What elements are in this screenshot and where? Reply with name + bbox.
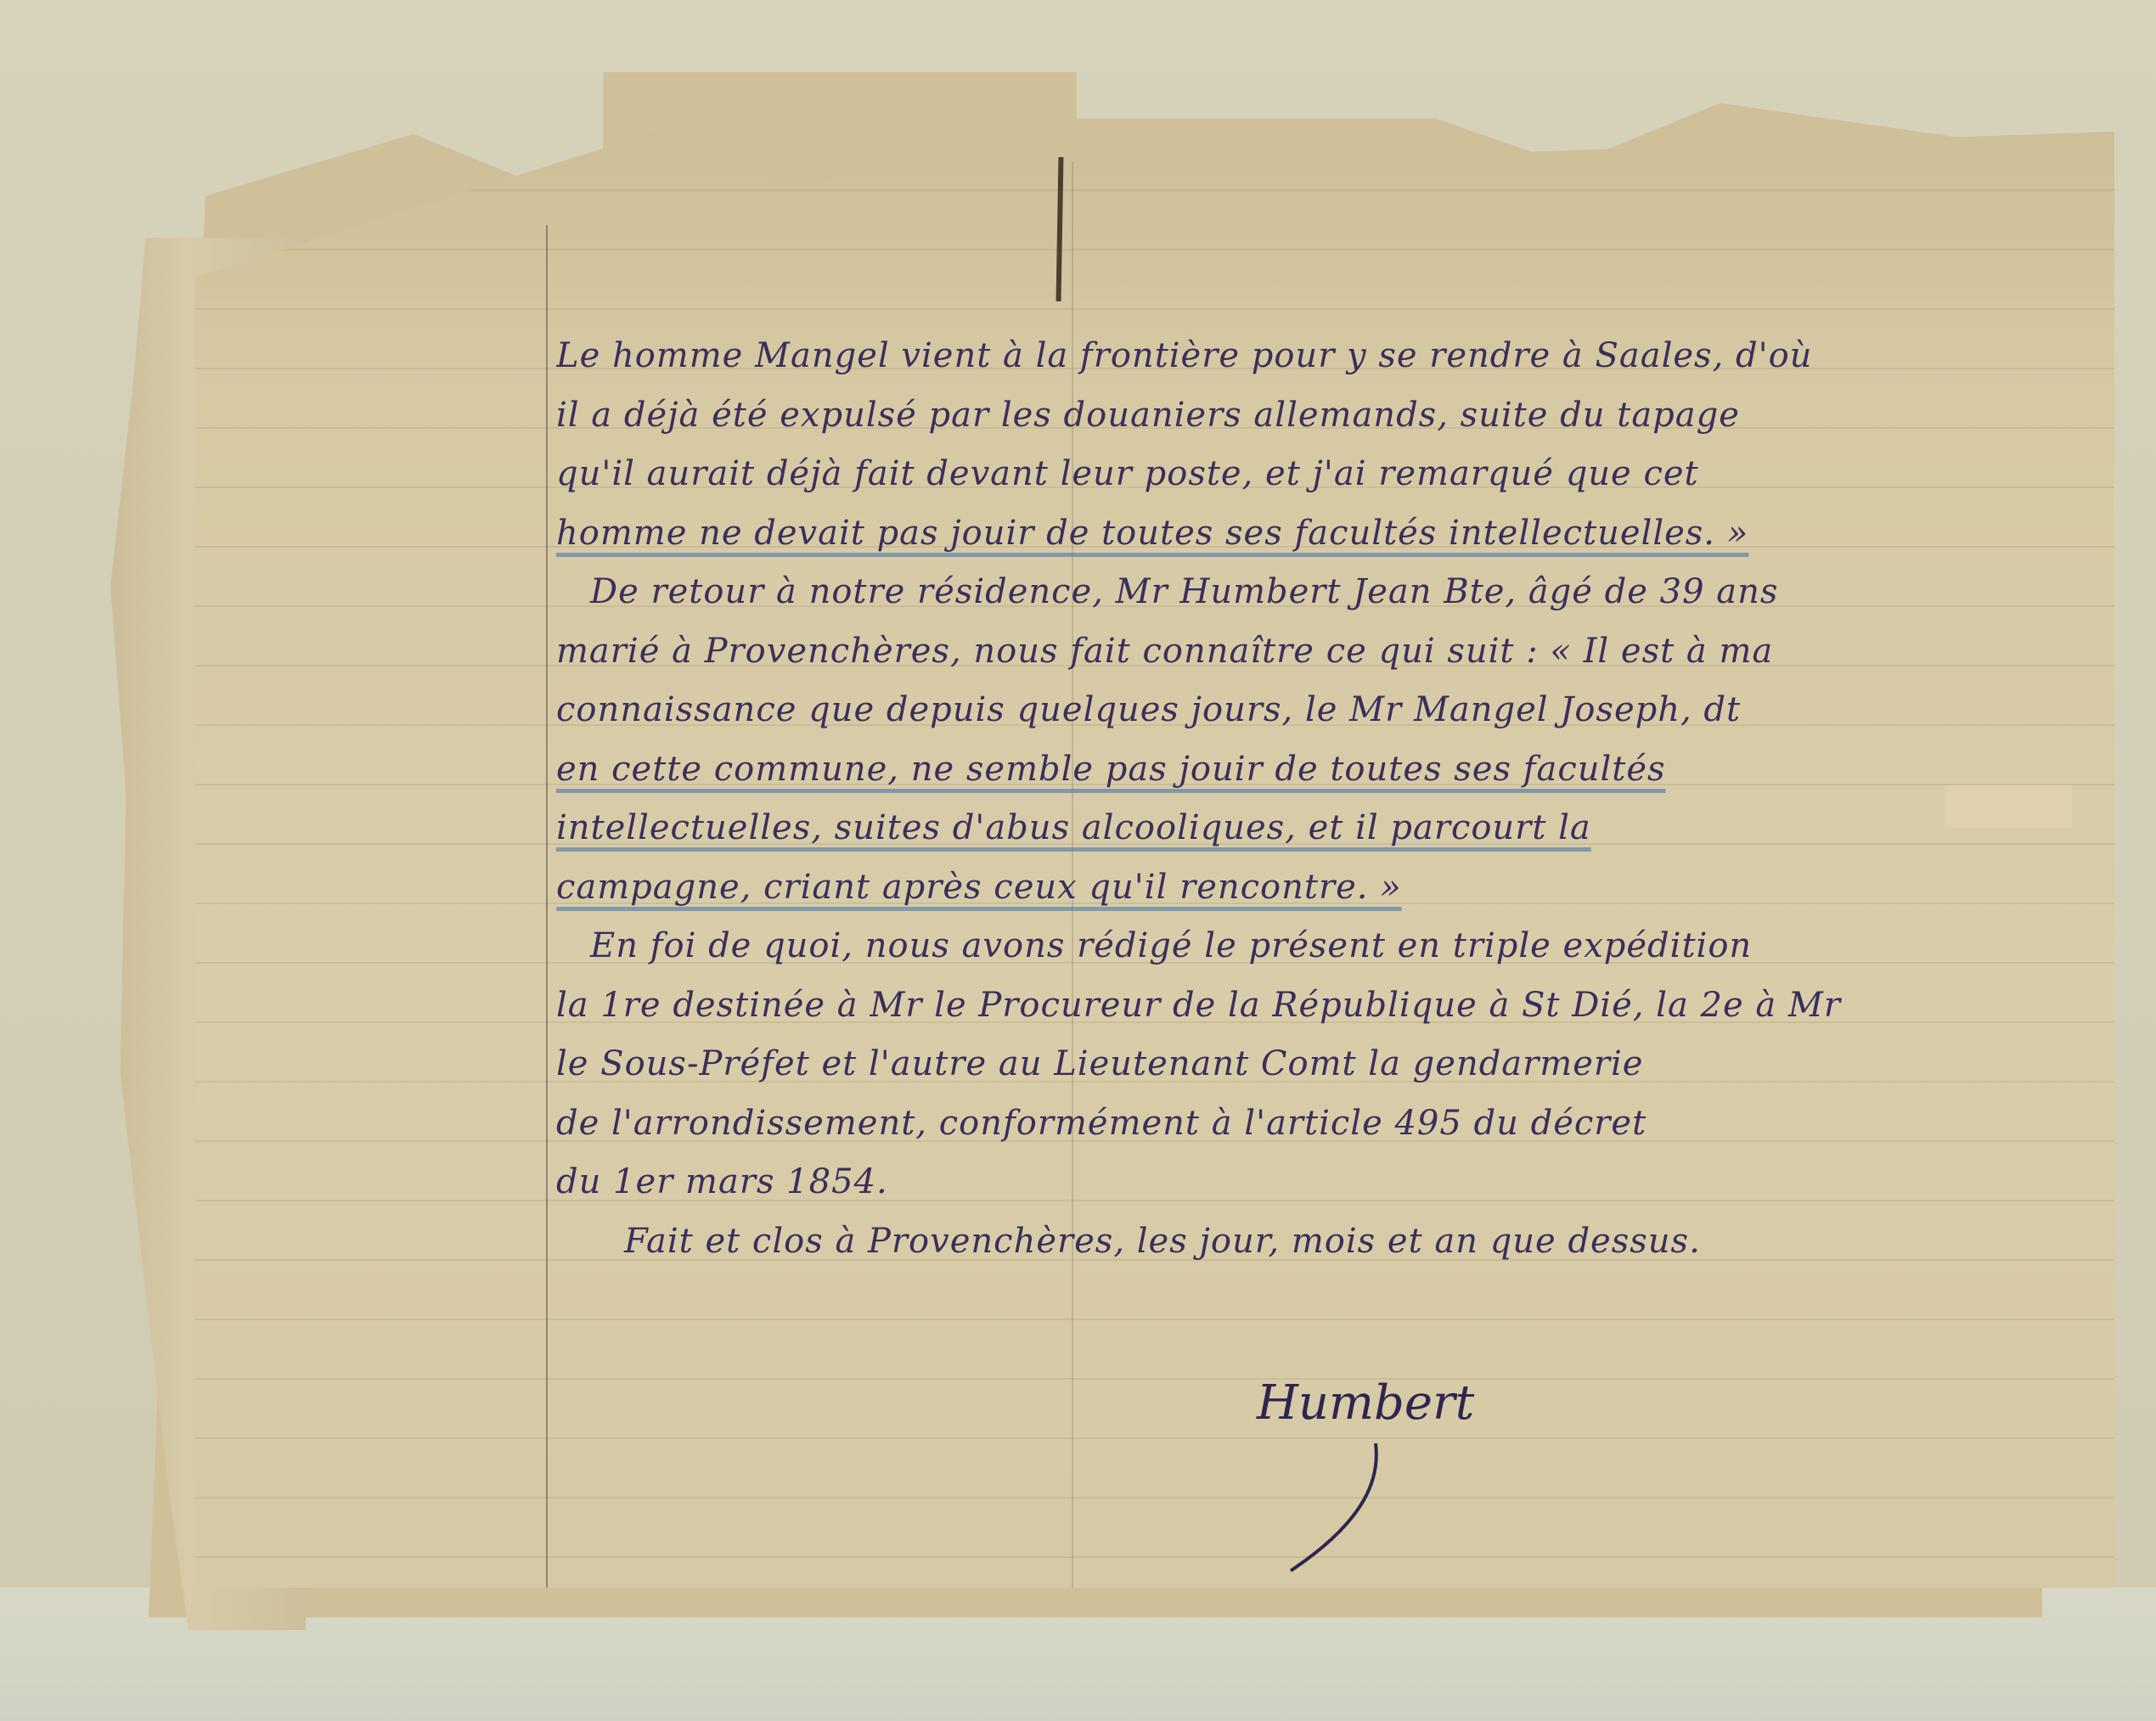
text-line: du 1er mars 1854. <box>556 1153 2085 1212</box>
text-line: De retour à notre résidence, Mr Humbert … <box>556 563 2085 622</box>
text-line: le Sous-Préfet et l'autre au Lieutenant … <box>556 1035 2085 1094</box>
text-line: intellectuelles, suites d'abus alcooliqu… <box>556 799 2085 858</box>
text-line: Le homme Mangel vient à la frontière pou… <box>556 327 2085 386</box>
signature: Humbert <box>1257 1375 1474 1431</box>
handwritten-text: Le homme Mangel vient à la frontière pou… <box>556 327 2085 1271</box>
text-line: la 1re destinée à Mr le Procureur de la … <box>556 976 2085 1036</box>
text-line: il a déjà été expulsé par les douaniers … <box>556 386 2085 446</box>
text-line: En foi de quoi, nous avons rédigé le pré… <box>556 917 2085 976</box>
margin-rule <box>546 225 548 1588</box>
text-line: Fait et clos à Provenchères, les jour, m… <box>556 1212 2085 1272</box>
text-line: marié à Provenchères, nous fait connaîtr… <box>556 622 2085 682</box>
text-line: campagne, criant après ceux qu'il rencon… <box>556 858 2085 918</box>
text-line: de l'arrondissement, conformément à l'ar… <box>556 1094 2085 1154</box>
text-line: homme ne devait pas jouir de toutes ses … <box>556 504 2085 564</box>
text-line: en cette commune, ne semble pas jouir de… <box>556 740 2085 800</box>
text-line: qu'il aurait déjà fait devant leur poste… <box>556 445 2085 504</box>
text-line: connaissance que depuis quelques jours, … <box>556 681 2085 740</box>
signature-flourish <box>1274 1443 1444 1579</box>
